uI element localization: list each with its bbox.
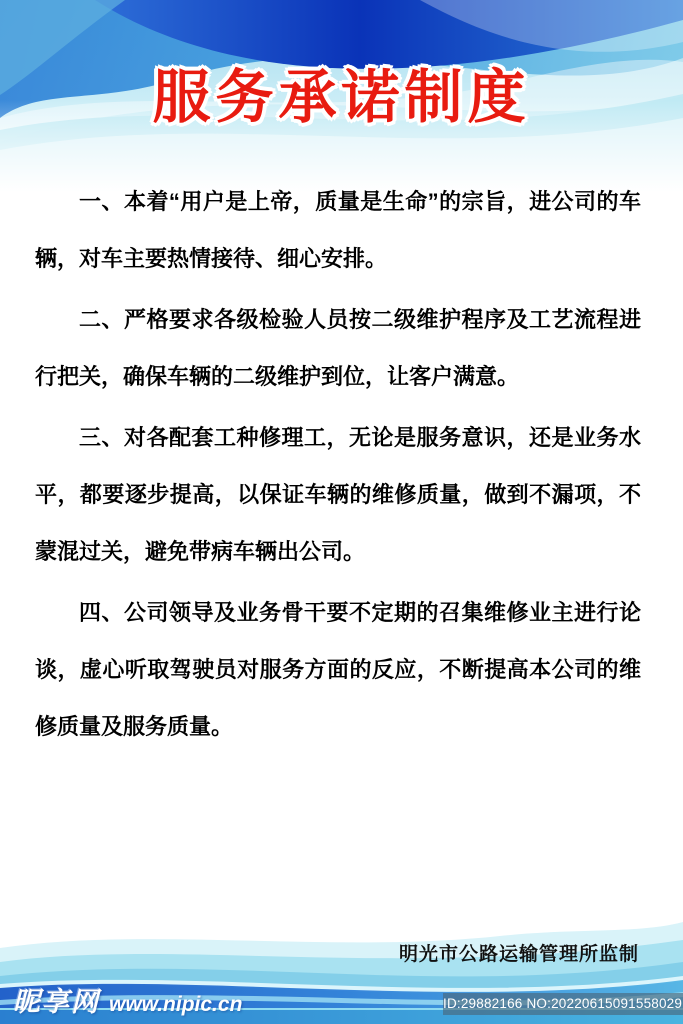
image-id-badge: ID:29882166 NO:20220615091558029105 bbox=[443, 993, 683, 1015]
watermark: 昵享网 www.nipic.cn bbox=[13, 980, 242, 1019]
attribution-text: 明光市公路运输管理所监制 bbox=[399, 939, 639, 966]
watermark-site-name: 昵享网 bbox=[13, 980, 100, 1019]
paragraph-1: 一、本着“用户是上帝，质量是生命”的宗旨，进公司的车辆，对车主要热情接待、细心安… bbox=[35, 173, 641, 287]
watermark-site-url: www.nipic.cn bbox=[109, 993, 242, 1017]
page-title: 服务承诺制度 bbox=[0, 50, 683, 134]
paragraph-4: 四、公司领导及业务骨干要不定期的召集维修业主进行论谈，虚心听取驾驶员对服务方面的… bbox=[35, 584, 641, 755]
paragraph-2: 二、严格要求各级检验人员按二级维护程序及工艺流程进行把关，确保车辆的二级维护到位… bbox=[35, 291, 641, 405]
paragraph-3: 三、对各配套工种修理工，无论是服务意识，还是业务水平，都要逐步提高，以保证车辆的… bbox=[35, 409, 641, 580]
poster-page: 服务承诺制度 一、本着“用户是上帝，质量是生命”的宗旨，进公司的车辆，对车主要热… bbox=[0, 0, 683, 1024]
body-text-block: 一、本着“用户是上帝，质量是生命”的宗旨，进公司的车辆，对车主要热情接待、细心安… bbox=[35, 173, 641, 759]
